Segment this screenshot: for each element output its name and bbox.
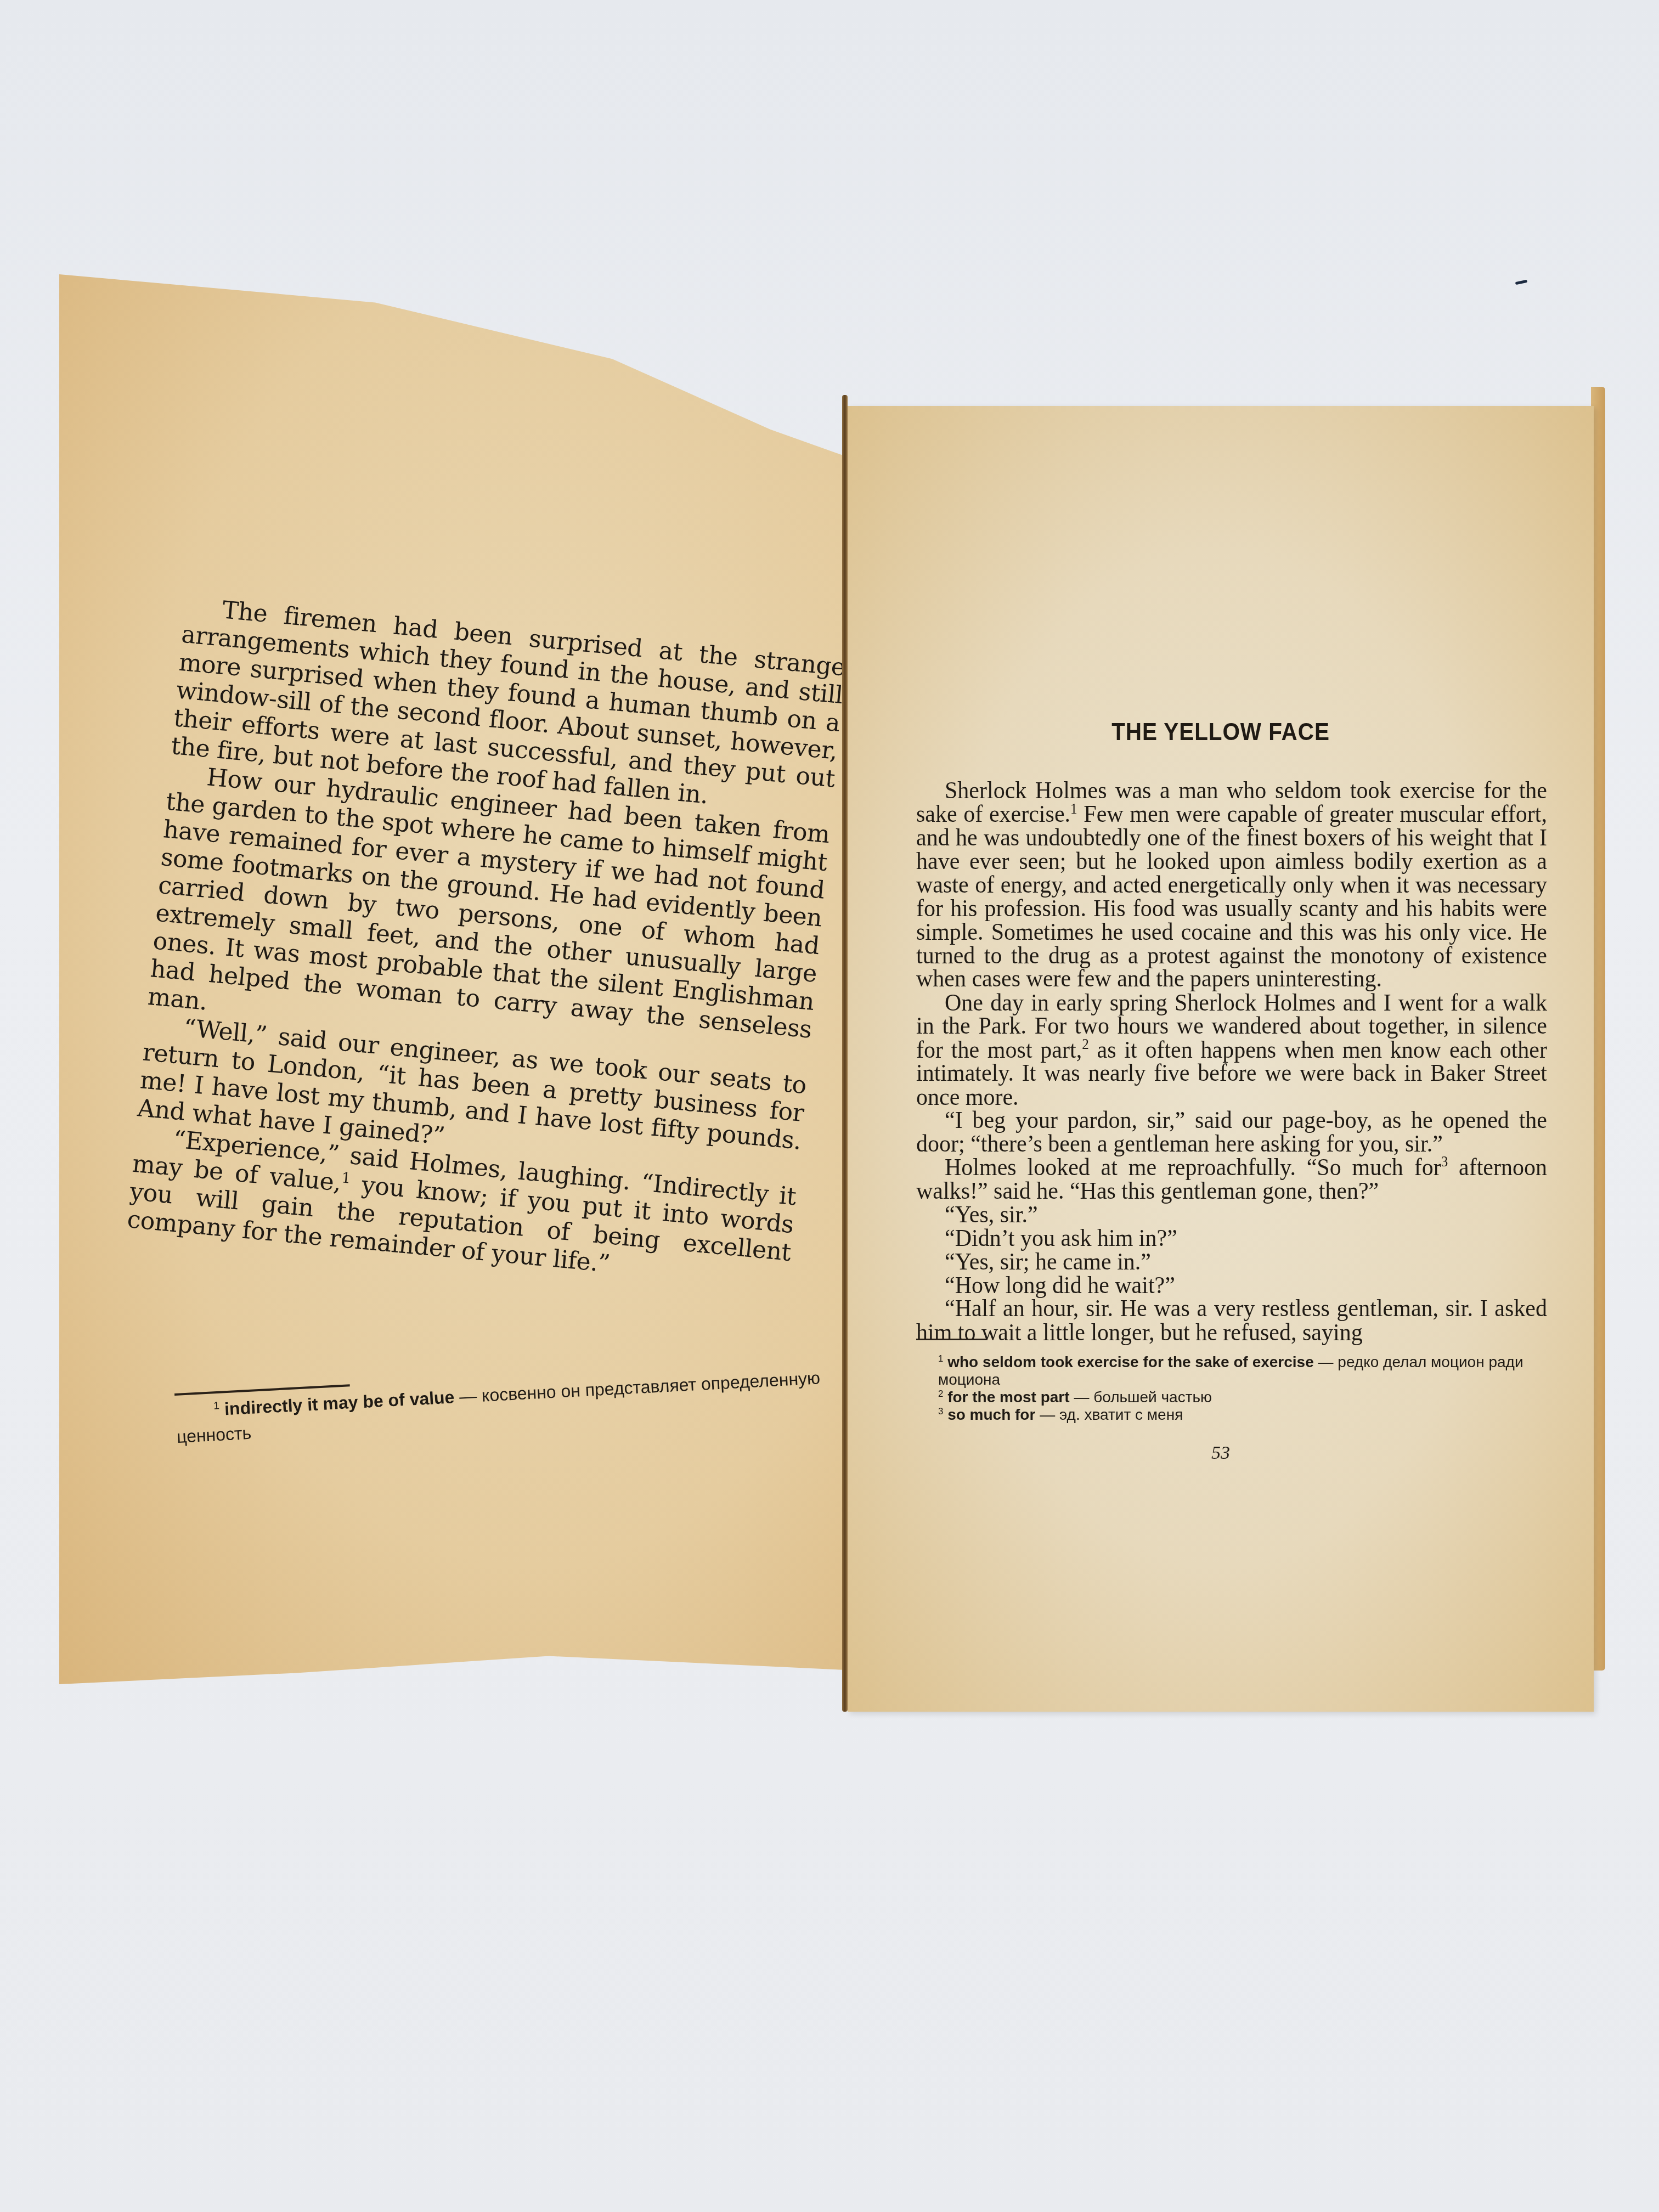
right-paragraph: Sherlock Holmes was a man who seldom too…	[916, 779, 1547, 991]
book-gutter	[842, 395, 848, 1712]
left-page-body: The firemen had been surprised at the st…	[126, 592, 847, 1295]
left-page: The firemen had been surprised at the st…	[59, 274, 849, 1684]
footnote: 2 for the most part — большей частью	[916, 1389, 1547, 1406]
page-number: 53	[848, 1443, 1594, 1464]
right-paragraph: Holmes looked at me reproachfully. “So m…	[916, 1156, 1547, 1203]
footnote: 1 who seldom took exercise for the sake …	[916, 1353, 1547, 1389]
dialogue-line: “How long did he wait?”	[916, 1274, 1547, 1297]
background-speck	[1515, 280, 1528, 285]
footnote-ref: 2	[1082, 1036, 1089, 1052]
right-page-body: Sherlock Holmes was a man who seldom too…	[916, 779, 1547, 1344]
footnote-ref: 3	[1441, 1154, 1448, 1170]
footnote: 3 so much for — эд. хватит с меня	[916, 1406, 1547, 1424]
dialogue-line: “Yes, sir; he came in.”	[916, 1250, 1547, 1274]
book-spread: The firemen had been surprised at the st…	[0, 0, 1659, 2212]
dialogue-line: “Yes, sir.”	[916, 1203, 1547, 1227]
dialogue-line: “Half an hour, sir. He was a very restle…	[916, 1297, 1547, 1344]
right-paragraph: “I beg your pardon, sir,” said our page-…	[916, 1109, 1547, 1156]
footnote: 1 indirectly it may be of value — косвен…	[175, 1364, 835, 1449]
left-footnotes: 1 indirectly it may be of value — косвен…	[174, 1359, 835, 1449]
footnote-rule	[916, 1339, 988, 1340]
chapter-title: THE YELLOW FACE	[877, 719, 1564, 746]
right-paragraph: One day in early spring Sherlock Holmes …	[916, 991, 1547, 1109]
footnote-ref: 1	[1070, 801, 1077, 817]
right-footnotes: 1 who seldom took exercise for the sake …	[916, 1339, 1547, 1424]
right-page: THE YELLOW FACE Sherlock Holmes was a ma…	[848, 406, 1594, 1712]
dialogue-line: “Didn’t you ask him in?”	[916, 1227, 1547, 1250]
